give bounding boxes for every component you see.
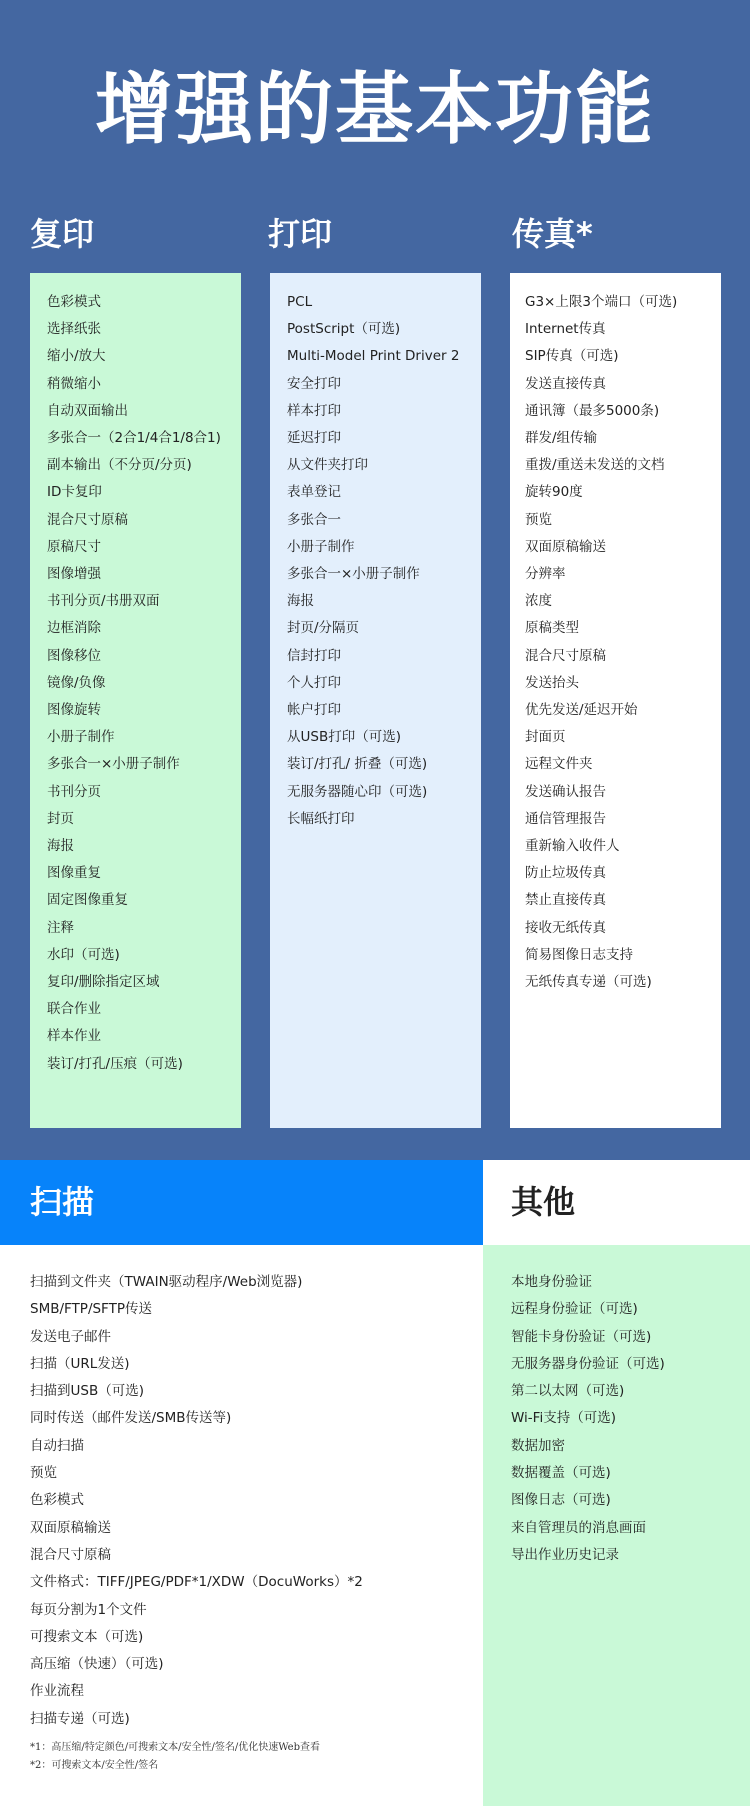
feature-item: 可搜索文本（可选) — [0, 1624, 483, 1651]
feature-item: 样本打印 — [270, 398, 481, 425]
feature-item: 选择纸张 — [30, 316, 241, 343]
feature-item: 来自管理员的消息画面 — [483, 1515, 750, 1542]
feature-item: 群发/组传输 — [510, 425, 721, 452]
feature-item: 同时传送（邮件发送/SMB传送等) — [0, 1405, 483, 1432]
feature-item: 多张合一（2合1/4合1/8合1) — [30, 425, 241, 452]
feature-item: 缩小/放大 — [30, 343, 241, 370]
feature-item: 分辨率 — [510, 561, 721, 588]
feature-item: 扫描到USB（可选) — [0, 1378, 483, 1405]
feature-item: 书刊分页/书册双面 — [30, 588, 241, 615]
feature-item: 旋转90度 — [510, 479, 721, 506]
other-panel: 本地身份验证远程身份验证（可选)智能卡身份验证（可选)无服务器身份验证（可选)第… — [483, 1245, 750, 1806]
feature-item: G3×上限3个端口（可选) — [510, 289, 721, 316]
scan-footnotes: *1：高压缩/特定颜色/可搜索文本/安全性/签名/优化快速Web查看 *2：可搜… — [0, 1739, 483, 1775]
feature-item: 图像移位 — [30, 643, 241, 670]
feature-item: 浓度 — [510, 588, 721, 615]
feature-item: Internet传真 — [510, 316, 721, 343]
other-heading: 其他 — [511, 1180, 575, 1224]
feature-item: 安全打印 — [270, 371, 481, 398]
feature-item: 无服务器随心印（可选) — [270, 779, 481, 806]
feature-item: 装订/打孔/压痕（可选) — [30, 1051, 241, 1078]
fax-panel: G3×上限3个端口（可选)Internet传真SIP传真（可选)发送直接传真通讯… — [510, 273, 721, 1128]
feature-item: 发送抬头 — [510, 670, 721, 697]
feature-item: 导出作业历史记录 — [483, 1542, 750, 1569]
feature-item: 图像日志（可选) — [483, 1487, 750, 1514]
feature-item: 样本作业 — [30, 1023, 241, 1050]
feature-item: 小册子制作 — [270, 534, 481, 561]
feature-item: 通信管理报告 — [510, 806, 721, 833]
feature-item: 稍微缩小 — [30, 371, 241, 398]
feature-item: 帐户打印 — [270, 697, 481, 724]
feature-item: 复印/删除指定区域 — [30, 969, 241, 996]
feature-item: 作业流程 — [0, 1678, 483, 1705]
feature-item: 第二以太网（可选) — [483, 1378, 750, 1405]
feature-item: 原稿尺寸 — [30, 534, 241, 561]
top-section: 增强的基本功能 复印 打印 传真* 色彩模式选择纸张缩小/放大稍微缩小自动双面输… — [0, 0, 750, 1160]
feature-item: 防止垃圾传真 — [510, 860, 721, 887]
copy-heading: 复印 — [30, 212, 94, 256]
feature-item: 长幅纸打印 — [270, 806, 481, 833]
feature-item: 从USB打印（可选) — [270, 724, 481, 751]
feature-item: 封页 — [30, 806, 241, 833]
feature-item: 图像旋转 — [30, 697, 241, 724]
feature-item: 混合尺寸原稿 — [30, 507, 241, 534]
scan-feature-list: 扫描到文件夹（TWAIN驱动程序/Web浏览器)SMB/FTP/SFTP传送发送… — [0, 1269, 483, 1733]
feature-item: 接收无纸传真 — [510, 915, 721, 942]
feature-item: 水印（可选) — [30, 942, 241, 969]
feature-item: 图像重复 — [30, 860, 241, 887]
feature-item: 数据覆盖（可选) — [483, 1460, 750, 1487]
fax-feature-list: G3×上限3个端口（可选)Internet传真SIP传真（可选)发送直接传真通讯… — [510, 289, 721, 996]
feature-item: 多张合一 — [270, 507, 481, 534]
feature-item: ID卡复印 — [30, 479, 241, 506]
feature-item: SIP传真（可选) — [510, 343, 721, 370]
feature-item: 混合尺寸原稿 — [510, 643, 721, 670]
feature-item: 预览 — [510, 507, 721, 534]
feature-item: 无纸传真专递（可选) — [510, 969, 721, 996]
feature-item: 从文件夹打印 — [270, 452, 481, 479]
feature-item: 自动扫描 — [0, 1433, 483, 1460]
feature-item: 禁止直接传真 — [510, 887, 721, 914]
feature-item: 数据加密 — [483, 1433, 750, 1460]
feature-item: 副本输出（不分页/分页) — [30, 452, 241, 479]
feature-item: 发送确认报告 — [510, 779, 721, 806]
feature-item: 双面原稿输送 — [510, 534, 721, 561]
feature-item: 小册子制作 — [30, 724, 241, 751]
feature-item: 信封打印 — [270, 643, 481, 670]
feature-item: 海报 — [270, 588, 481, 615]
scan-panel: 扫描到文件夹（TWAIN驱动程序/Web浏览器)SMB/FTP/SFTP传送发送… — [0, 1245, 483, 1806]
feature-item: 注释 — [30, 915, 241, 942]
copy-panel: 色彩模式选择纸张缩小/放大稍微缩小自动双面输出多张合一（2合1/4合1/8合1)… — [30, 273, 241, 1128]
feature-item: 扫描专递（可选) — [0, 1706, 483, 1733]
feature-item: 扫描（URL发送) — [0, 1351, 483, 1378]
feature-item: 高压缩（快速）（可选) — [0, 1651, 483, 1678]
feature-item: 文件格式：TIFF/JPEG/PDF*1/XDW（DocuWorks）*2 — [0, 1569, 483, 1596]
feature-item: 封页/分隔页 — [270, 615, 481, 642]
scan-header: 扫描 — [0, 1160, 483, 1245]
feature-item: 色彩模式 — [30, 289, 241, 316]
scan-heading: 扫描 — [30, 1180, 94, 1224]
feature-item: 发送直接传真 — [510, 371, 721, 398]
feature-item: PostScript（可选) — [270, 316, 481, 343]
feature-item: 混合尺寸原稿 — [0, 1542, 483, 1569]
feature-item: SMB/FTP/SFTP传送 — [0, 1296, 483, 1323]
copy-feature-list: 色彩模式选择纸张缩小/放大稍微缩小自动双面输出多张合一（2合1/4合1/8合1)… — [30, 289, 241, 1078]
feature-item: 通讯簿（最多5000条) — [510, 398, 721, 425]
feature-item: 海报 — [30, 833, 241, 860]
feature-item: 书刊分页 — [30, 779, 241, 806]
feature-item: 固定图像重复 — [30, 887, 241, 914]
feature-item: 重拨/重送未发送的文档 — [510, 452, 721, 479]
feature-item: 延迟打印 — [270, 425, 481, 452]
feature-item: 自动双面输出 — [30, 398, 241, 425]
footnote-2: *2：可搜索文本/安全性/签名 — [30, 1757, 483, 1775]
feature-item: 扫描到文件夹（TWAIN驱动程序/Web浏览器) — [0, 1269, 483, 1296]
feature-item: 双面原稿输送 — [0, 1515, 483, 1542]
footnote-1: *1：高压缩/特定颜色/可搜索文本/安全性/签名/优化快速Web查看 — [30, 1739, 483, 1757]
other-header: 其他 — [483, 1160, 750, 1245]
feature-item: Wi-Fi支持（可选) — [483, 1405, 750, 1432]
feature-item: 图像增强 — [30, 561, 241, 588]
feature-item: 多张合一×小册子制作 — [270, 561, 481, 588]
feature-item: 原稿类型 — [510, 615, 721, 642]
feature-item: 镜像/负像 — [30, 670, 241, 697]
feature-item: 色彩模式 — [0, 1487, 483, 1514]
print-feature-list: PCLPostScript（可选)Multi-Model Print Drive… — [270, 289, 481, 833]
feature-item: 无服务器身份验证（可选) — [483, 1351, 750, 1378]
other-feature-list: 本地身份验证远程身份验证（可选)智能卡身份验证（可选)无服务器身份验证（可选)第… — [483, 1269, 750, 1569]
feature-item: 边框消除 — [30, 615, 241, 642]
feature-item: 简易图像日志支持 — [510, 942, 721, 969]
feature-item: 本地身份验证 — [483, 1269, 750, 1296]
feature-item: 联合作业 — [30, 996, 241, 1023]
feature-item: 优先发送/延迟开始 — [510, 697, 721, 724]
print-panel: PCLPostScript（可选)Multi-Model Print Drive… — [270, 273, 481, 1128]
feature-item: 装订/打孔/ 折叠（可选) — [270, 751, 481, 778]
feature-item: PCL — [270, 289, 481, 316]
feature-item: 封面页 — [510, 724, 721, 751]
feature-item: 发送电子邮件 — [0, 1324, 483, 1351]
feature-item: 个人打印 — [270, 670, 481, 697]
feature-item: 智能卡身份验证（可选) — [483, 1324, 750, 1351]
feature-item: 表单登记 — [270, 479, 481, 506]
feature-item: Multi-Model Print Driver 2 — [270, 343, 481, 370]
page-title: 增强的基本功能 — [0, 60, 750, 160]
feature-item: 重新输入收件人 — [510, 833, 721, 860]
feature-item: 远程身份验证（可选) — [483, 1296, 750, 1323]
feature-item: 预览 — [0, 1460, 483, 1487]
feature-item: 多张合一×小册子制作 — [30, 751, 241, 778]
fax-heading: 传真* — [512, 212, 593, 256]
print-heading: 打印 — [268, 212, 332, 256]
feature-item: 每页分割为1个文件 — [0, 1597, 483, 1624]
feature-item: 远程文件夹 — [510, 751, 721, 778]
